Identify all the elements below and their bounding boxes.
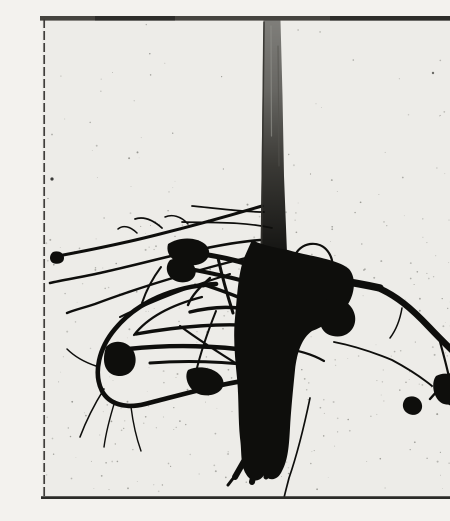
speckle bbox=[123, 428, 124, 429]
speckle bbox=[442, 325, 444, 327]
speckle bbox=[301, 369, 302, 370]
speckle bbox=[349, 430, 351, 432]
speckle bbox=[141, 137, 142, 138]
speckle bbox=[320, 407, 322, 409]
speckle bbox=[333, 401, 335, 403]
speckle bbox=[399, 389, 400, 390]
speckle bbox=[448, 262, 449, 263]
speckle bbox=[95, 267, 96, 268]
speckle bbox=[127, 401, 129, 403]
speckle bbox=[63, 356, 64, 357]
speckle bbox=[331, 226, 333, 228]
speckle bbox=[380, 260, 382, 262]
frame-top-shade-1 bbox=[95, 16, 175, 21]
speckle bbox=[434, 354, 436, 356]
speckle bbox=[215, 433, 217, 435]
speckle bbox=[360, 201, 362, 203]
speckle bbox=[402, 177, 404, 179]
speckle bbox=[196, 331, 197, 332]
speckle bbox=[47, 260, 49, 262]
seedling-photograph bbox=[40, 16, 450, 505]
speckle bbox=[102, 268, 103, 269]
speckle bbox=[77, 302, 78, 303]
speckle bbox=[82, 283, 83, 284]
speckle bbox=[153, 249, 154, 250]
speckle bbox=[51, 134, 53, 136]
speckle bbox=[156, 427, 157, 428]
speckle bbox=[445, 322, 446, 323]
speckle bbox=[440, 475, 441, 476]
speckle bbox=[247, 204, 249, 206]
speckle bbox=[437, 461, 439, 463]
speckle bbox=[331, 179, 333, 181]
speckle bbox=[352, 59, 354, 61]
speckle bbox=[409, 379, 410, 380]
speckle bbox=[426, 273, 427, 274]
speckle bbox=[46, 417, 47, 418]
speckle bbox=[100, 91, 101, 92]
speckle bbox=[150, 74, 152, 76]
speckle bbox=[213, 464, 215, 466]
speckle bbox=[228, 369, 230, 371]
speckle bbox=[231, 377, 233, 379]
speckle bbox=[94, 269, 96, 271]
speckle bbox=[436, 413, 438, 415]
speckle bbox=[370, 416, 371, 417]
speckle bbox=[64, 293, 65, 294]
speckle bbox=[281, 476, 282, 477]
speckle bbox=[178, 321, 179, 322]
speckle bbox=[334, 446, 335, 447]
speckle bbox=[119, 293, 120, 294]
speckle bbox=[162, 484, 163, 485]
speckle bbox=[399, 78, 400, 79]
speckle bbox=[179, 307, 180, 308]
speckle bbox=[196, 342, 197, 343]
speckle bbox=[410, 278, 412, 280]
speckle bbox=[311, 336, 312, 337]
speckle bbox=[176, 427, 177, 428]
speckle bbox=[106, 404, 108, 406]
speckle bbox=[103, 411, 104, 412]
speckle bbox=[168, 463, 170, 465]
speckle bbox=[385, 487, 386, 488]
speckle bbox=[414, 441, 416, 443]
speckle bbox=[319, 31, 321, 33]
speckle bbox=[167, 210, 168, 211]
speckle bbox=[238, 268, 240, 270]
speckle bbox=[60, 372, 61, 373]
speckle bbox=[145, 416, 147, 418]
speckle bbox=[117, 461, 119, 463]
speckle bbox=[113, 380, 114, 381]
speckle bbox=[108, 489, 109, 490]
speckle bbox=[414, 284, 415, 285]
speckle bbox=[173, 407, 174, 408]
speckle bbox=[225, 477, 227, 479]
speckle bbox=[207, 367, 208, 368]
speckle bbox=[444, 173, 445, 174]
speckle bbox=[347, 358, 348, 359]
speckle bbox=[222, 328, 224, 330]
speckle bbox=[378, 194, 379, 195]
speckle bbox=[99, 434, 100, 435]
speckle bbox=[323, 435, 325, 437]
speckle bbox=[215, 470, 217, 472]
speckle bbox=[175, 181, 176, 182]
speckle bbox=[47, 198, 48, 199]
speckle bbox=[145, 233, 146, 234]
speckle bbox=[221, 76, 222, 77]
speckle bbox=[422, 218, 423, 219]
speckle bbox=[64, 119, 65, 120]
speckle bbox=[92, 150, 93, 151]
speckle bbox=[394, 351, 396, 353]
speckle bbox=[145, 249, 147, 251]
speckle bbox=[435, 255, 436, 256]
speckle bbox=[405, 381, 407, 383]
speckle bbox=[286, 461, 287, 462]
speckle bbox=[182, 224, 183, 225]
speckle bbox=[176, 377, 177, 378]
speckle bbox=[177, 373, 179, 375]
speckle bbox=[385, 152, 386, 153]
speckle bbox=[115, 263, 117, 265]
speckle bbox=[146, 24, 147, 25]
speckle bbox=[148, 311, 149, 312]
speckle bbox=[334, 255, 335, 256]
speckle bbox=[298, 203, 299, 204]
speckle bbox=[442, 298, 443, 299]
speckle bbox=[206, 356, 208, 358]
speckle bbox=[170, 466, 171, 467]
speckle bbox=[136, 291, 137, 292]
speckle bbox=[132, 449, 133, 450]
speckle bbox=[297, 29, 298, 30]
speckle bbox=[52, 438, 54, 440]
speckle bbox=[148, 406, 149, 407]
speckle bbox=[104, 288, 106, 290]
speckle bbox=[205, 402, 206, 403]
speckle bbox=[330, 241, 331, 242]
speckle bbox=[174, 236, 175, 237]
speckle bbox=[386, 225, 387, 226]
speckle bbox=[428, 278, 430, 280]
speckle bbox=[89, 122, 91, 124]
speckle bbox=[158, 490, 160, 492]
speckle bbox=[97, 177, 98, 178]
speckle bbox=[376, 344, 377, 345]
speckle bbox=[60, 247, 61, 248]
speckle bbox=[199, 474, 200, 475]
speckle bbox=[439, 115, 440, 116]
speckle bbox=[75, 321, 77, 323]
speckle bbox=[45, 242, 47, 244]
speckle bbox=[419, 298, 421, 300]
speckle bbox=[408, 114, 410, 116]
speckle bbox=[108, 287, 110, 289]
speckle bbox=[306, 389, 308, 391]
speckle bbox=[189, 454, 190, 455]
speckle bbox=[115, 443, 116, 444]
fleck-2 bbox=[432, 72, 434, 74]
speckle bbox=[143, 423, 144, 424]
speckle bbox=[85, 415, 87, 417]
speckle bbox=[179, 420, 181, 422]
speckle bbox=[440, 115, 441, 116]
speckle bbox=[310, 463, 312, 465]
speckle bbox=[426, 242, 427, 243]
speckle bbox=[295, 220, 296, 221]
speckle bbox=[46, 474, 47, 475]
speckle bbox=[139, 158, 140, 159]
speckle bbox=[361, 243, 362, 244]
speckle bbox=[60, 75, 61, 76]
speckle bbox=[146, 311, 147, 312]
speckle bbox=[373, 277, 375, 279]
stem-streak-light bbox=[271, 26, 272, 136]
speckle bbox=[163, 382, 165, 384]
speckle bbox=[163, 370, 165, 372]
speckle bbox=[140, 226, 141, 227]
speckle bbox=[76, 457, 77, 458]
speckle bbox=[246, 481, 248, 483]
speckle bbox=[149, 53, 150, 54]
speckle bbox=[376, 380, 377, 381]
speckle bbox=[111, 461, 113, 463]
speckle bbox=[91, 461, 92, 462]
speckle bbox=[296, 231, 298, 233]
speckle bbox=[331, 228, 333, 230]
speckle bbox=[311, 451, 312, 452]
speckle bbox=[96, 145, 98, 147]
speckle bbox=[376, 414, 377, 415]
speckle bbox=[101, 79, 102, 80]
speckle bbox=[404, 215, 405, 216]
speckle bbox=[337, 191, 338, 192]
speckle bbox=[168, 191, 169, 192]
speckle bbox=[150, 225, 151, 226]
speckle bbox=[311, 254, 313, 256]
speckle bbox=[123, 295, 124, 296]
speckle bbox=[363, 269, 365, 271]
speckle bbox=[308, 382, 309, 383]
speckle bbox=[440, 452, 441, 453]
speckle bbox=[323, 399, 325, 401]
speckle bbox=[228, 451, 229, 452]
speckle bbox=[391, 356, 392, 357]
fleck-1 bbox=[50, 177, 53, 180]
speckle bbox=[147, 391, 148, 392]
speckle bbox=[222, 228, 223, 229]
speckle bbox=[433, 276, 434, 277]
speckle bbox=[383, 401, 384, 402]
speckle bbox=[112, 72, 113, 73]
speckle bbox=[288, 473, 290, 475]
speckle bbox=[358, 355, 360, 357]
speckle bbox=[216, 408, 217, 409]
speckle bbox=[223, 315, 225, 317]
speckle bbox=[128, 157, 130, 159]
speckle bbox=[227, 311, 228, 312]
speckle bbox=[101, 475, 103, 477]
speckle bbox=[163, 416, 164, 417]
speckle bbox=[316, 103, 317, 104]
speckle bbox=[71, 478, 73, 480]
speckle bbox=[405, 299, 406, 300]
speckle bbox=[130, 212, 132, 214]
speckle bbox=[68, 427, 69, 428]
speckle bbox=[154, 308, 155, 309]
speckle bbox=[49, 239, 51, 241]
speckle bbox=[172, 187, 173, 188]
speckle bbox=[310, 173, 311, 174]
frame-top-shade-2 bbox=[330, 16, 450, 21]
speckle bbox=[155, 245, 157, 247]
speckle bbox=[380, 458, 382, 460]
speckle bbox=[422, 237, 423, 238]
speckle bbox=[288, 154, 289, 155]
speckle bbox=[383, 221, 385, 223]
speckle bbox=[231, 411, 232, 412]
speckle bbox=[105, 462, 107, 464]
speckle bbox=[209, 269, 211, 271]
speckle bbox=[103, 217, 104, 218]
left-root-tip-blob bbox=[50, 251, 64, 263]
speckle bbox=[321, 107, 322, 108]
speckle bbox=[354, 212, 355, 213]
speckle bbox=[421, 384, 423, 386]
speckle bbox=[137, 151, 139, 153]
speckle bbox=[227, 453, 229, 455]
speckle bbox=[328, 477, 329, 478]
speckle bbox=[337, 417, 339, 419]
speckle bbox=[53, 264, 55, 266]
speckle bbox=[447, 308, 448, 309]
seedling-photo-canvas bbox=[40, 16, 450, 505]
speckle bbox=[58, 381, 59, 382]
speckle bbox=[295, 212, 297, 214]
speckle bbox=[419, 384, 420, 385]
speckle bbox=[70, 436, 72, 438]
speckle bbox=[153, 484, 154, 485]
speckle bbox=[131, 186, 132, 187]
speckle bbox=[381, 395, 382, 396]
speckle bbox=[149, 247, 150, 248]
speckle bbox=[324, 413, 325, 414]
speckle bbox=[335, 365, 336, 366]
speckle bbox=[71, 401, 73, 403]
speckle bbox=[96, 238, 97, 239]
speckle bbox=[443, 111, 445, 113]
speckle bbox=[149, 367, 150, 368]
speckle bbox=[111, 421, 113, 423]
speckle bbox=[308, 399, 309, 400]
speckle bbox=[447, 355, 448, 356]
speckle bbox=[137, 481, 138, 482]
speckle bbox=[304, 378, 306, 380]
speckle bbox=[164, 63, 165, 64]
speckle bbox=[293, 164, 295, 166]
speckle bbox=[187, 389, 189, 391]
speckle bbox=[448, 220, 449, 221]
speckle bbox=[288, 467, 289, 468]
speckle bbox=[439, 60, 441, 62]
speckle bbox=[128, 328, 130, 330]
speckle bbox=[426, 458, 427, 459]
speckle bbox=[127, 337, 128, 338]
speckle bbox=[314, 450, 315, 451]
speckle bbox=[223, 168, 224, 169]
speckle bbox=[400, 350, 402, 352]
speckle bbox=[79, 248, 81, 250]
speckle bbox=[383, 369, 384, 370]
speckle bbox=[109, 377, 110, 378]
speckle bbox=[417, 271, 419, 273]
speckle bbox=[382, 381, 383, 382]
speckle bbox=[366, 461, 367, 462]
speckle bbox=[134, 100, 135, 101]
speckle bbox=[253, 236, 255, 238]
speckle bbox=[347, 419, 349, 421]
speckle bbox=[445, 352, 446, 353]
speckle bbox=[53, 453, 54, 454]
speckle bbox=[415, 342, 416, 343]
speckle bbox=[436, 167, 437, 168]
speckle bbox=[90, 348, 92, 350]
speckle bbox=[121, 429, 123, 431]
speckle bbox=[185, 424, 186, 425]
speckle bbox=[84, 413, 85, 414]
speckle bbox=[173, 429, 174, 430]
speckle bbox=[410, 449, 411, 450]
speckle bbox=[66, 331, 68, 333]
speckle bbox=[124, 420, 125, 421]
speckle bbox=[431, 387, 432, 388]
speckle bbox=[432, 346, 434, 348]
speckle bbox=[363, 295, 364, 296]
speckle bbox=[410, 262, 412, 264]
speckle bbox=[334, 359, 336, 361]
speckle bbox=[419, 310, 421, 312]
speckle bbox=[172, 133, 173, 134]
speckle bbox=[120, 407, 121, 408]
speckle bbox=[337, 431, 338, 432]
speckle bbox=[259, 216, 261, 218]
